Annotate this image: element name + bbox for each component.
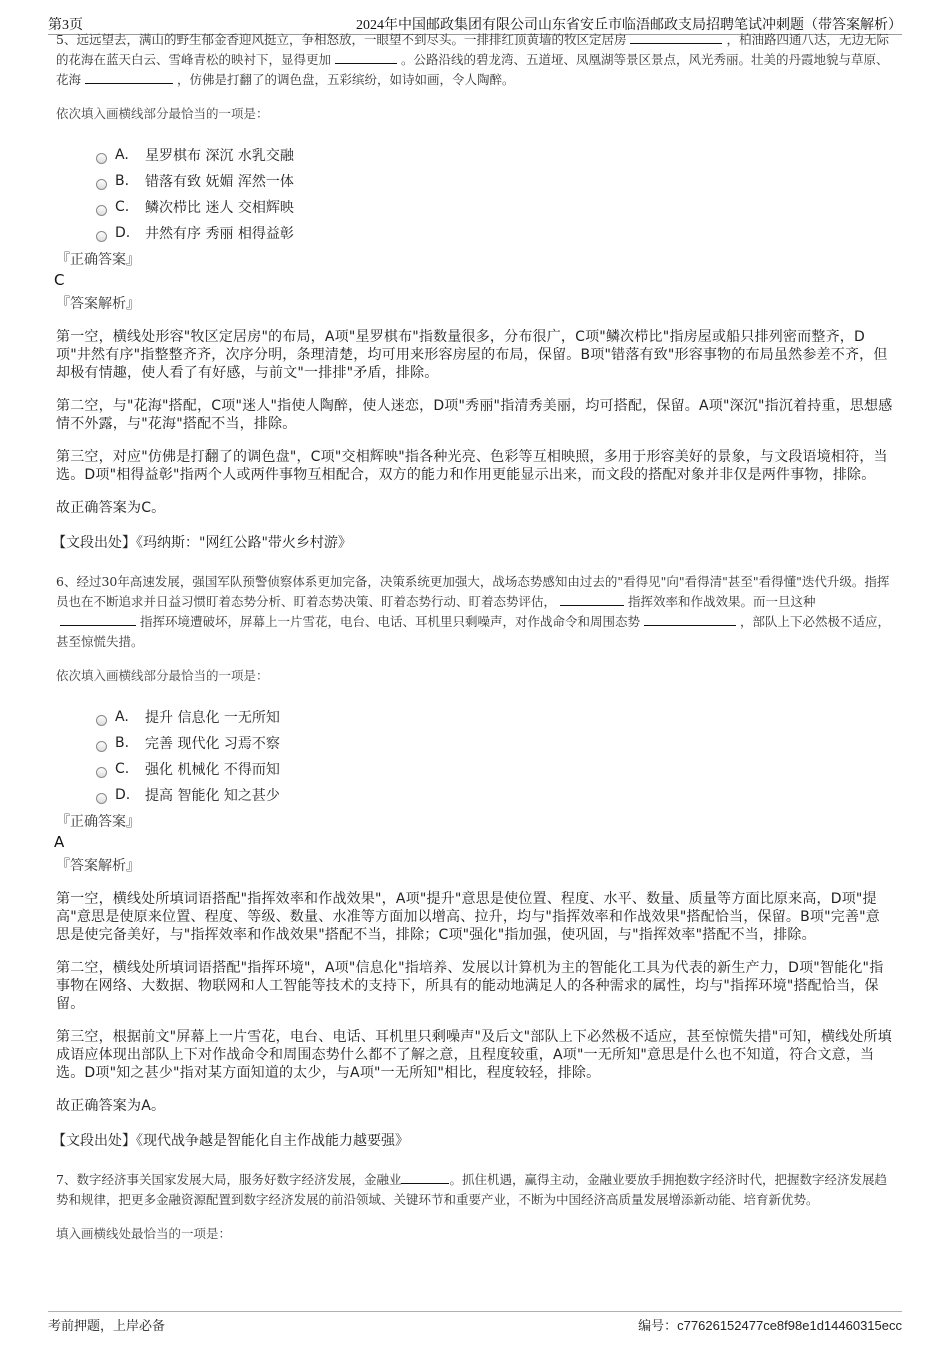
document-serial: 编号：c77626152477ce8f98e1d14460315ecc (638, 1315, 902, 1334)
fill-blank (630, 31, 722, 44)
correct-answer: A (54, 832, 894, 852)
question-prompt: 依次填入画横线部分最恰当的一项是： (56, 104, 894, 124)
analysis-body: 第一空，横线处所填词语搭配"指挥效率和作战效果"，A项"提升"意思是使位置、程度… (56, 890, 894, 1115)
passage-source: 【文段出处】《现代战争越是智能化自主作战能力越要强》 (52, 1130, 894, 1150)
radio-icon[interactable] (96, 179, 107, 190)
option-b[interactable]: B.错落有致 妩媚 浑然一体 (96, 168, 894, 194)
analysis-label: 『答案解析』 (56, 856, 894, 876)
analysis-paragraph: 第二空，与"花海"搭配，C项"迷人"指使人陶醉，使人迷恋，D项"秀丽"指清秀美丽… (56, 397, 894, 433)
option-c[interactable]: C.鳞次栉比 迷人 交相辉映 (96, 194, 894, 220)
option-list: A.星罗棋布 深沉 水乳交融 B.错落有致 妩媚 浑然一体 C.鳞次栉比 迷人 … (96, 142, 894, 246)
question-stem: 5、远远望去，满山的野生郁金香迎风挺立，争相怒放，一眼望不到尽头。一排排红顶黄墙… (56, 30, 894, 90)
radio-icon[interactable] (96, 793, 107, 804)
passage-source: 【文段出处】《玛纳斯："网红公路"带火乡村游》 (52, 532, 894, 552)
question-prompt: 依次填入画横线部分最恰当的一项是： (56, 666, 894, 686)
question-6: 6、经过30年高速发展，强国军队预警侦察体系更加完备，决策系统更加强大，战场态势… (56, 572, 894, 1150)
option-a[interactable]: A.星罗棋布 深沉 水乳交融 (96, 142, 894, 168)
analysis-paragraph: 第二空，横线处所填词语搭配"指挥环境"，A项"信息化"指培养、发展以计算机为主的… (56, 959, 894, 1013)
page-footer: 考前押题，上岸必备 编号：c77626152477ce8f98e1d144603… (48, 1311, 902, 1336)
option-c[interactable]: C.强化 机械化 不得而知 (96, 756, 894, 782)
question-5: 5、远远望去，满山的野生郁金香迎风挺立，争相怒放，一眼望不到尽头。一排排红顶黄墙… (56, 30, 894, 552)
radio-icon[interactable] (96, 741, 107, 752)
analysis-paragraph: 第一空，横线处所填词语搭配"指挥效率和作战效果"，A项"提升"意思是使位置、程度… (56, 890, 894, 944)
analysis-body: 第一空，横线处形容"牧区定居房"的布局，A项"星罗棋布"指数量很多，分布很广，C… (56, 328, 894, 517)
option-d[interactable]: D.井然有序 秀丽 相得益彰 (96, 220, 894, 246)
correct-answer-label: 『正确答案』 (56, 812, 894, 832)
radio-icon[interactable] (96, 205, 107, 216)
fill-blank (60, 613, 136, 626)
option-a[interactable]: A.提升 信息化 一无所知 (96, 704, 894, 730)
question-prompt: 填入画横线处最恰当的一项是： (56, 1224, 894, 1244)
correct-answer: C (54, 270, 894, 290)
analysis-conclusion: 故正确答案为C。 (56, 499, 894, 517)
analysis-conclusion: 故正确答案为A。 (56, 1097, 894, 1115)
radio-icon[interactable] (96, 231, 107, 242)
footer-slogan: 考前押题，上岸必备 (48, 1315, 165, 1334)
option-b[interactable]: B.完善 现代化 习焉不察 (96, 730, 894, 756)
radio-icon[interactable] (96, 153, 107, 164)
option-list: A.提升 信息化 一无所知 B.完善 现代化 习焉不察 C.强化 机械化 不得而… (96, 704, 894, 808)
analysis-paragraph: 第一空，横线处形容"牧区定居房"的布局，A项"星罗棋布"指数量很多，分布很广，C… (56, 328, 894, 382)
radio-icon[interactable] (96, 715, 107, 726)
page-content: 5、远远望去，满山的野生郁金香迎风挺立，争相怒放，一眼望不到尽头。一排排红顶黄墙… (56, 36, 894, 1244)
analysis-label: 『答案解析』 (56, 294, 894, 314)
question-7: 7、数字经济事关国家发展大局，服务好数字经济发展，金融业。抓住机遇，赢得主动，金… (56, 1170, 894, 1244)
question-stem: 7、数字经济事关国家发展大局，服务好数字经济发展，金融业。抓住机遇，赢得主动，金… (56, 1170, 894, 1210)
fill-blank (560, 593, 624, 606)
fill-blank (85, 71, 173, 84)
option-d[interactable]: D.提高 智能化 知之甚少 (96, 782, 894, 808)
radio-icon[interactable] (96, 767, 107, 778)
analysis-paragraph: 第三空，根据前文"屏幕上一片雪花，电台、电话、耳机里只剩噪声"及后文"部队上下必… (56, 1028, 894, 1082)
fill-blank (335, 51, 397, 64)
analysis-paragraph: 第三空，对应"仿佛是打翻了的调色盘"，C项"交相辉映"指各种光亮、色彩等互相映照… (56, 448, 894, 484)
question-stem: 6、经过30年高速发展，强国军队预警侦察体系更加完备，决策系统更加强大，战场态势… (56, 572, 894, 652)
fill-blank (401, 1171, 449, 1184)
correct-answer-label: 『正确答案』 (56, 250, 894, 270)
fill-blank (644, 613, 736, 626)
